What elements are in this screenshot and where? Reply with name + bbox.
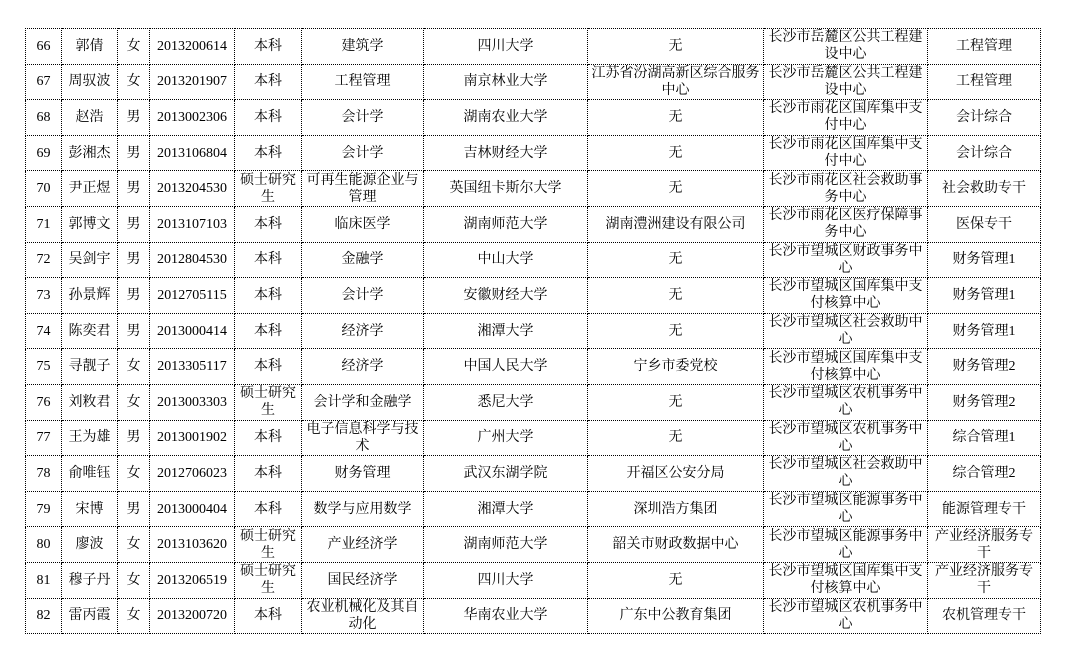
table-row: 69彭湘杰男2013106804本科会计学吉林财经大学无长沙市雨花区国库集中支付… xyxy=(26,135,1041,171)
cell-exam-no: 2013000414 xyxy=(150,313,235,349)
cell-education: 硕士研究生 xyxy=(235,171,302,207)
cell-position: 农机管理专干 xyxy=(928,598,1041,634)
table-row: 70尹正煜男2013204530硕士研究生可再生能源企业与管理英国纽卡斯尔大学无… xyxy=(26,171,1041,207)
cell-university: 广州大学 xyxy=(424,420,588,456)
cell-name: 廖波 xyxy=(62,527,118,563)
cell-major: 农业机械化及其自动化 xyxy=(302,598,424,634)
cell-name: 郭倩 xyxy=(62,29,118,65)
cell-position: 医保专干 xyxy=(928,206,1041,242)
cell-hiring-unit: 长沙市雨花区医疗保障事务中心 xyxy=(764,206,928,242)
cell-position: 综合管理1 xyxy=(928,420,1041,456)
cell-major: 会计学 xyxy=(302,135,424,171)
cell-gender: 女 xyxy=(118,64,150,100)
roster-table-body: 66郭倩女2013200614本科建筑学四川大学无长沙市岳麓区公共工程建设中心工… xyxy=(26,29,1041,634)
cell-exam-no: 2012804530 xyxy=(150,242,235,278)
cell-position: 财务管理2 xyxy=(928,349,1041,385)
cell-exam-no: 2012706023 xyxy=(150,456,235,492)
cell-university: 湘潭大学 xyxy=(424,491,588,527)
cell-work-unit: 无 xyxy=(588,171,764,207)
cell-work-unit: 无 xyxy=(588,384,764,420)
cell-education: 本科 xyxy=(235,349,302,385)
cell-position: 财务管理2 xyxy=(928,384,1041,420)
table-row: 82雷丙霞女2013200720本科农业机械化及其自动化华南农业大学广东中公教育… xyxy=(26,598,1041,634)
table-row: 66郭倩女2013200614本科建筑学四川大学无长沙市岳麓区公共工程建设中心工… xyxy=(26,29,1041,65)
cell-gender: 男 xyxy=(118,491,150,527)
cell-education: 本科 xyxy=(235,420,302,456)
cell-hiring-unit: 长沙市望城区农机事务中心 xyxy=(764,598,928,634)
cell-exam-no: 2013003303 xyxy=(150,384,235,420)
cell-major: 经济学 xyxy=(302,313,424,349)
cell-no: 68 xyxy=(26,100,62,136)
cell-gender: 男 xyxy=(118,135,150,171)
cell-education: 本科 xyxy=(235,29,302,65)
cell-education: 硕士研究生 xyxy=(235,384,302,420)
table-row: 79宋博男2013000404本科数学与应用数学湘潭大学深圳浩方集团长沙市望城区… xyxy=(26,491,1041,527)
cell-position: 产业经济服务专干 xyxy=(928,527,1041,563)
cell-hiring-unit: 长沙市望城区国库集中支付核算中心 xyxy=(764,349,928,385)
cell-university: 武汉东湖学院 xyxy=(424,456,588,492)
cell-name: 陈奕君 xyxy=(62,313,118,349)
cell-no: 73 xyxy=(26,278,62,314)
cell-gender: 女 xyxy=(118,562,150,598)
cell-name: 刘敉君 xyxy=(62,384,118,420)
cell-university: 南京林业大学 xyxy=(424,64,588,100)
cell-no: 82 xyxy=(26,598,62,634)
cell-hiring-unit: 长沙市岳麓区公共工程建设中心 xyxy=(764,64,928,100)
cell-education: 本科 xyxy=(235,242,302,278)
cell-name: 郭博文 xyxy=(62,206,118,242)
cell-exam-no: 2013107103 xyxy=(150,206,235,242)
cell-gender: 女 xyxy=(118,384,150,420)
cell-no: 79 xyxy=(26,491,62,527)
table-row: 77王为雄男2013001902本科电子信息科学与技术广州大学无长沙市望城区农机… xyxy=(26,420,1041,456)
cell-position: 财务管理1 xyxy=(928,313,1041,349)
cell-university: 四川大学 xyxy=(424,562,588,598)
cell-hiring-unit: 长沙市岳麓区公共工程建设中心 xyxy=(764,29,928,65)
cell-work-unit: 无 xyxy=(588,29,764,65)
cell-exam-no: 2013206519 xyxy=(150,562,235,598)
cell-no: 76 xyxy=(26,384,62,420)
cell-name: 孙景辉 xyxy=(62,278,118,314)
cell-name: 王为雄 xyxy=(62,420,118,456)
cell-exam-no: 2013002306 xyxy=(150,100,235,136)
cell-work-unit: 韶关市财政数据中心 xyxy=(588,527,764,563)
cell-no: 74 xyxy=(26,313,62,349)
cell-university: 华南农业大学 xyxy=(424,598,588,634)
cell-hiring-unit: 长沙市望城区农机事务中心 xyxy=(764,384,928,420)
cell-education: 本科 xyxy=(235,100,302,136)
cell-hiring-unit: 长沙市雨花区社会救助事务中心 xyxy=(764,171,928,207)
cell-position: 工程管理 xyxy=(928,29,1041,65)
cell-major: 数学与应用数学 xyxy=(302,491,424,527)
cell-work-unit: 无 xyxy=(588,242,764,278)
cell-major: 电子信息科学与技术 xyxy=(302,420,424,456)
cell-exam-no: 2013305117 xyxy=(150,349,235,385)
cell-gender: 男 xyxy=(118,420,150,456)
cell-university: 英国纽卡斯尔大学 xyxy=(424,171,588,207)
cell-education: 本科 xyxy=(235,491,302,527)
cell-work-unit: 湖南澧洲建设有限公司 xyxy=(588,206,764,242)
cell-university: 悉尼大学 xyxy=(424,384,588,420)
cell-work-unit: 广东中公教育集团 xyxy=(588,598,764,634)
cell-hiring-unit: 长沙市望城区社会救助中心 xyxy=(764,313,928,349)
page: 66郭倩女2013200614本科建筑学四川大学无长沙市岳麓区公共工程建设中心工… xyxy=(0,0,1067,662)
cell-major: 工程管理 xyxy=(302,64,424,100)
cell-position: 会计综合 xyxy=(928,100,1041,136)
roster-table: 66郭倩女2013200614本科建筑学四川大学无长沙市岳麓区公共工程建设中心工… xyxy=(25,28,1041,634)
cell-gender: 女 xyxy=(118,349,150,385)
cell-gender: 男 xyxy=(118,242,150,278)
cell-exam-no: 2013000404 xyxy=(150,491,235,527)
cell-work-unit: 无 xyxy=(588,420,764,456)
table-row: 73孙景辉男2012705115本科会计学安徽财经大学无长沙市望城区国库集中支付… xyxy=(26,278,1041,314)
cell-university: 安徽财经大学 xyxy=(424,278,588,314)
cell-education: 本科 xyxy=(235,278,302,314)
cell-position: 社会救助专干 xyxy=(928,171,1041,207)
cell-hiring-unit: 长沙市望城区能源事务中心 xyxy=(764,491,928,527)
cell-hiring-unit: 长沙市望城区国库集中支付核算中心 xyxy=(764,278,928,314)
cell-work-unit: 宁乡市委党校 xyxy=(588,349,764,385)
table-row: 74陈奕君男2013000414本科经济学湘潭大学无长沙市望城区社会救助中心财务… xyxy=(26,313,1041,349)
cell-major: 产业经济学 xyxy=(302,527,424,563)
cell-gender: 男 xyxy=(118,206,150,242)
cell-education: 本科 xyxy=(235,64,302,100)
cell-education: 本科 xyxy=(235,135,302,171)
table-row: 72吴剑宇男2012804530本科金融学中山大学无长沙市望城区财政事务中心财务… xyxy=(26,242,1041,278)
cell-name: 周驭波 xyxy=(62,64,118,100)
cell-major: 可再生能源企业与管理 xyxy=(302,171,424,207)
cell-hiring-unit: 长沙市雨花区国库集中支付中心 xyxy=(764,100,928,136)
table-row: 76刘敉君女2013003303硕士研究生会计学和金融学悉尼大学无长沙市望城区农… xyxy=(26,384,1041,420)
cell-gender: 女 xyxy=(118,527,150,563)
cell-work-unit: 无 xyxy=(588,135,764,171)
cell-no: 71 xyxy=(26,206,62,242)
table-row: 67周驭波女2013201907本科工程管理南京林业大学江苏省汾湖高新区综合服务… xyxy=(26,64,1041,100)
cell-work-unit: 无 xyxy=(588,313,764,349)
cell-education: 硕士研究生 xyxy=(235,562,302,598)
cell-name: 宋博 xyxy=(62,491,118,527)
table-row: 80廖波女2013103620硕士研究生产业经济学湖南师范大学韶关市财政数据中心… xyxy=(26,527,1041,563)
cell-name: 吴剑宇 xyxy=(62,242,118,278)
cell-major: 会计学和金融学 xyxy=(302,384,424,420)
cell-education: 本科 xyxy=(235,456,302,492)
cell-university: 中山大学 xyxy=(424,242,588,278)
cell-major: 国民经济学 xyxy=(302,562,424,598)
table-row: 75寻靓子女2013305117本科经济学中国人民大学宁乡市委党校长沙市望城区国… xyxy=(26,349,1041,385)
cell-name: 雷丙霞 xyxy=(62,598,118,634)
cell-gender: 男 xyxy=(118,313,150,349)
cell-no: 72 xyxy=(26,242,62,278)
cell-university: 中国人民大学 xyxy=(424,349,588,385)
cell-name: 俞唯钰 xyxy=(62,456,118,492)
cell-hiring-unit: 长沙市雨花区国库集中支付中心 xyxy=(764,135,928,171)
cell-position: 能源管理专干 xyxy=(928,491,1041,527)
cell-hiring-unit: 长沙市望城区国库集中支付核算中心 xyxy=(764,562,928,598)
cell-gender: 女 xyxy=(118,598,150,634)
table-row: 81穆子丹女2013206519硕士研究生国民经济学四川大学无长沙市望城区国库集… xyxy=(26,562,1041,598)
cell-major: 会计学 xyxy=(302,278,424,314)
cell-no: 66 xyxy=(26,29,62,65)
cell-no: 80 xyxy=(26,527,62,563)
cell-no: 77 xyxy=(26,420,62,456)
cell-position: 会计综合 xyxy=(928,135,1041,171)
cell-hiring-unit: 长沙市望城区社会救助中心 xyxy=(764,456,928,492)
cell-position: 产业经济服务专干 xyxy=(928,562,1041,598)
cell-major: 临床医学 xyxy=(302,206,424,242)
cell-work-unit: 开福区公安分局 xyxy=(588,456,764,492)
cell-gender: 女 xyxy=(118,456,150,492)
cell-education: 本科 xyxy=(235,313,302,349)
cell-no: 75 xyxy=(26,349,62,385)
cell-no: 67 xyxy=(26,64,62,100)
cell-university: 湖南师范大学 xyxy=(424,206,588,242)
cell-exam-no: 2013001902 xyxy=(150,420,235,456)
cell-name: 寻靓子 xyxy=(62,349,118,385)
cell-major: 财务管理 xyxy=(302,456,424,492)
cell-gender: 男 xyxy=(118,100,150,136)
cell-hiring-unit: 长沙市望城区财政事务中心 xyxy=(764,242,928,278)
cell-education: 硕士研究生 xyxy=(235,527,302,563)
cell-university: 湘潭大学 xyxy=(424,313,588,349)
cell-major: 金融学 xyxy=(302,242,424,278)
cell-gender: 男 xyxy=(118,171,150,207)
cell-hiring-unit: 长沙市望城区能源事务中心 xyxy=(764,527,928,563)
cell-work-unit: 江苏省汾湖高新区综合服务中心 xyxy=(588,64,764,100)
cell-university: 湖南农业大学 xyxy=(424,100,588,136)
cell-exam-no: 2013204530 xyxy=(150,171,235,207)
cell-no: 81 xyxy=(26,562,62,598)
cell-no: 78 xyxy=(26,456,62,492)
cell-position: 综合管理2 xyxy=(928,456,1041,492)
cell-exam-no: 2012705115 xyxy=(150,278,235,314)
cell-hiring-unit: 长沙市望城区农机事务中心 xyxy=(764,420,928,456)
cell-name: 尹正煜 xyxy=(62,171,118,207)
cell-gender: 女 xyxy=(118,29,150,65)
cell-major: 会计学 xyxy=(302,100,424,136)
cell-education: 本科 xyxy=(235,598,302,634)
cell-major: 经济学 xyxy=(302,349,424,385)
cell-position: 财务管理1 xyxy=(928,278,1041,314)
cell-exam-no: 2013200614 xyxy=(150,29,235,65)
cell-exam-no: 2013103620 xyxy=(150,527,235,563)
cell-position: 财务管理1 xyxy=(928,242,1041,278)
cell-work-unit: 无 xyxy=(588,562,764,598)
cell-work-unit: 无 xyxy=(588,100,764,136)
cell-position: 工程管理 xyxy=(928,64,1041,100)
cell-exam-no: 2013200720 xyxy=(150,598,235,634)
cell-university: 四川大学 xyxy=(424,29,588,65)
cell-work-unit: 无 xyxy=(588,278,764,314)
cell-exam-no: 2013201907 xyxy=(150,64,235,100)
cell-no: 70 xyxy=(26,171,62,207)
cell-education: 本科 xyxy=(235,206,302,242)
cell-gender: 男 xyxy=(118,278,150,314)
cell-name: 穆子丹 xyxy=(62,562,118,598)
cell-exam-no: 2013106804 xyxy=(150,135,235,171)
cell-major: 建筑学 xyxy=(302,29,424,65)
cell-name: 彭湘杰 xyxy=(62,135,118,171)
table-row: 68赵浩男2013002306本科会计学湖南农业大学无长沙市雨花区国库集中支付中… xyxy=(26,100,1041,136)
cell-work-unit: 深圳浩方集团 xyxy=(588,491,764,527)
cell-university: 湖南师范大学 xyxy=(424,527,588,563)
cell-university: 吉林财经大学 xyxy=(424,135,588,171)
table-row: 71郭博文男2013107103本科临床医学湖南师范大学湖南澧洲建设有限公司长沙… xyxy=(26,206,1041,242)
cell-no: 69 xyxy=(26,135,62,171)
cell-name: 赵浩 xyxy=(62,100,118,136)
table-row: 78俞唯钰女2012706023本科财务管理武汉东湖学院开福区公安分局长沙市望城… xyxy=(26,456,1041,492)
